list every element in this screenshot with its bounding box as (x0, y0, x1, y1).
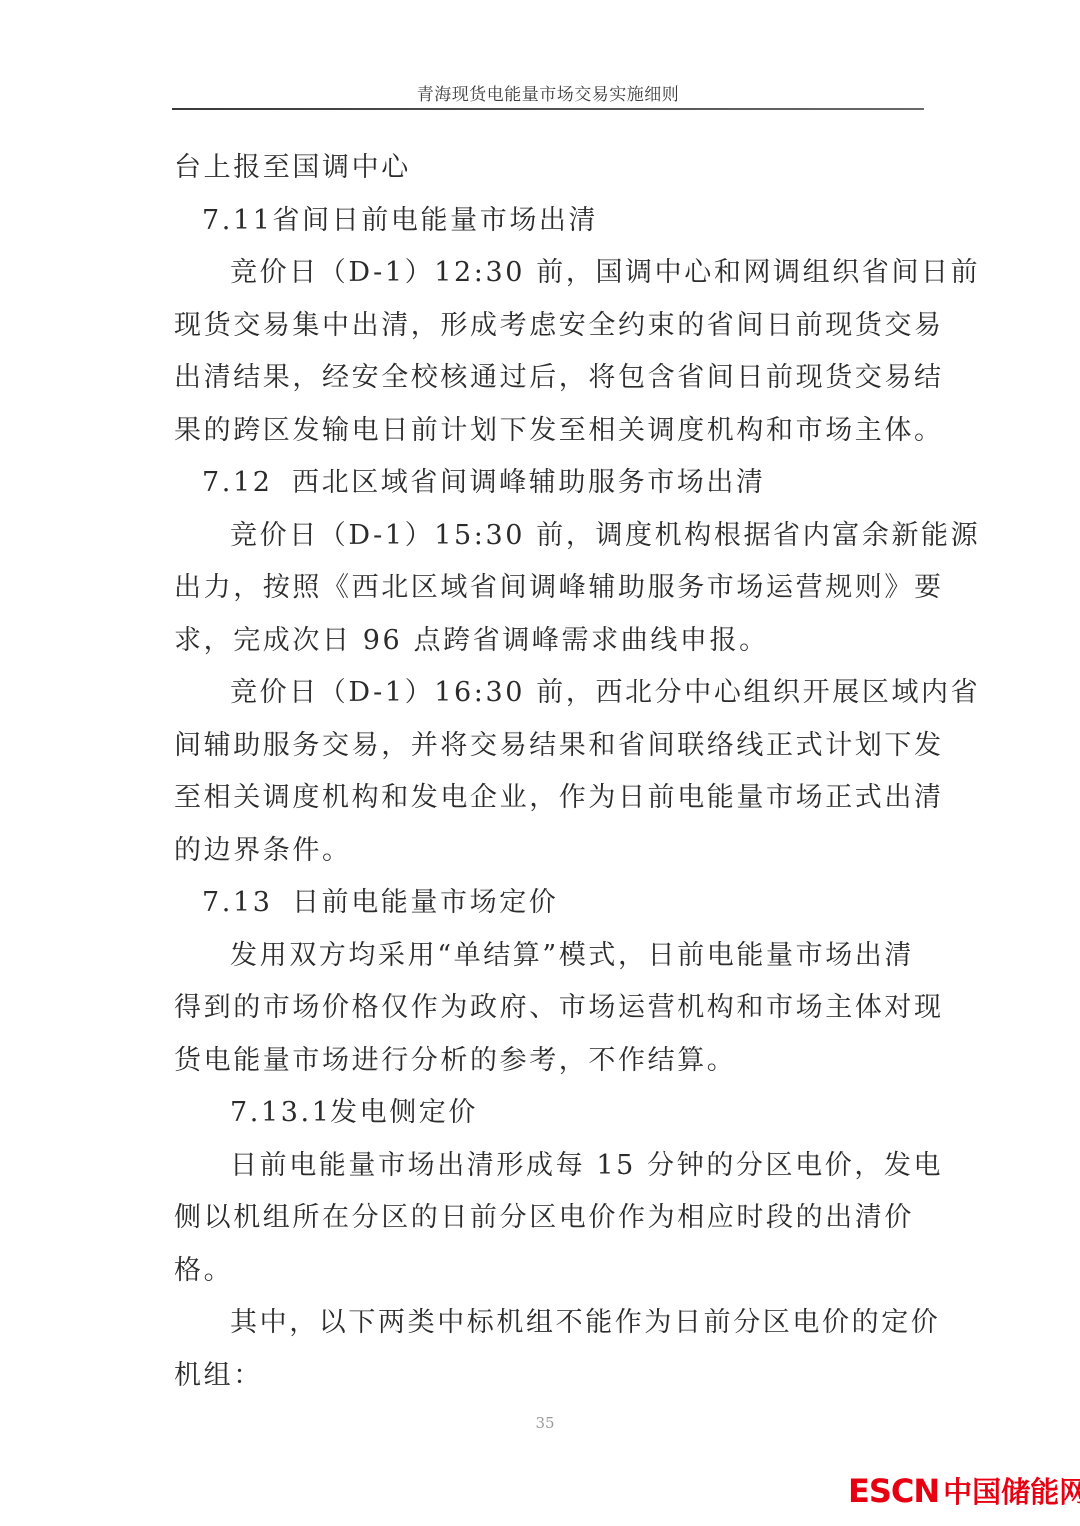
watermark-latin: ESCN (848, 1472, 939, 1510)
paragraph-line: 果的跨区发输电日前计划下发至相关调度机构和市场主体。 (174, 405, 926, 458)
section-title: 发电侧定价 (330, 1097, 478, 1128)
paragraph-line: 至相关调度机构和发电企业，作为日前电能量市场正式出清 (174, 772, 926, 825)
paragraph-line: 的边界条件。 (174, 825, 926, 878)
paragraph-line: 其中，以下两类中标机组不能作为日前分区电价的定价 (174, 1297, 926, 1350)
section-title: 日前电能量市场定价 (292, 887, 558, 918)
section-heading-7-11: 7.11省间日前电能量市场出清 (174, 195, 926, 248)
paragraph-line: 侧以机组所在分区的日前分区电价作为相应时段的出清价 (174, 1192, 926, 1245)
section-heading-7-13-1: 7.13.1发电侧定价 (174, 1087, 926, 1140)
escn-watermark-logo: ESCN中国储能网 (848, 1470, 1080, 1511)
paragraph-line: 竞价日（D-1）12:30 前，国调中心和网调组织省间日前 (174, 247, 926, 300)
paragraph-line: 求，完成次日 96 点跨省调峰需求曲线申报。 (174, 615, 926, 668)
page-number: 35 (530, 1414, 560, 1432)
paragraph-line: 日前电能量市场出清形成每 15 分钟的分区电价，发电 (174, 1140, 926, 1193)
paragraph-line: 出力，按照《西北区域省间调峰辅助服务市场运营规则》要 (174, 562, 926, 615)
paragraph-line: 货电能量市场进行分析的参考，不作结算。 (174, 1035, 926, 1088)
section-title: 省间日前电能量市场出清 (273, 205, 599, 236)
paragraph-line: 竞价日（D-1）15:30 前，调度机构根据省内富余新能源 (174, 510, 926, 563)
paragraph-line: 出清结果，经安全校核通过后，将包含省间日前现货交易结 (174, 352, 926, 405)
section-heading-7-12: 7.12西北区域省间调峰辅助服务市场出清 (174, 457, 926, 510)
paragraph-line: 发用双方均采用“单结算”模式，日前电能量市场出清 (174, 930, 926, 983)
section-heading-7-13: 7.13日前电能量市场定价 (174, 877, 926, 930)
paragraph-line: 得到的市场价格仅作为政府、市场运营机构和市场主体对现 (174, 982, 926, 1035)
paragraph-line: 台上报至国调中心 (174, 142, 926, 195)
paragraph-line: 间辅助服务交易，并将交易结果和省间联络线正式计划下发 (174, 720, 926, 773)
section-number: 7.13.1 (230, 1087, 330, 1140)
section-number: 7.11 (202, 195, 273, 248)
paragraph-line: 竞价日（D-1）16:30 前，西北分中心组织开展区域内省 (174, 667, 926, 720)
section-number: 7.13 (202, 877, 292, 930)
header-divider (172, 108, 924, 110)
section-title: 西北区域省间调峰辅助服务市场出清 (292, 467, 766, 498)
section-number: 7.12 (202, 457, 292, 510)
document-body: 台上报至国调中心 7.11省间日前电能量市场出清 竞价日（D-1）12:30 前… (174, 142, 926, 1402)
watermark-chinese: 中国储能网 (943, 1475, 1080, 1509)
paragraph-line: 现货交易集中出清，形成考虑安全约束的省间日前现货交易 (174, 300, 926, 353)
document-header-title: 青海现货电能量市场交易实施细则 (172, 80, 924, 105)
paragraph-line: 机组： (174, 1350, 926, 1403)
paragraph-line: 格。 (174, 1245, 926, 1298)
